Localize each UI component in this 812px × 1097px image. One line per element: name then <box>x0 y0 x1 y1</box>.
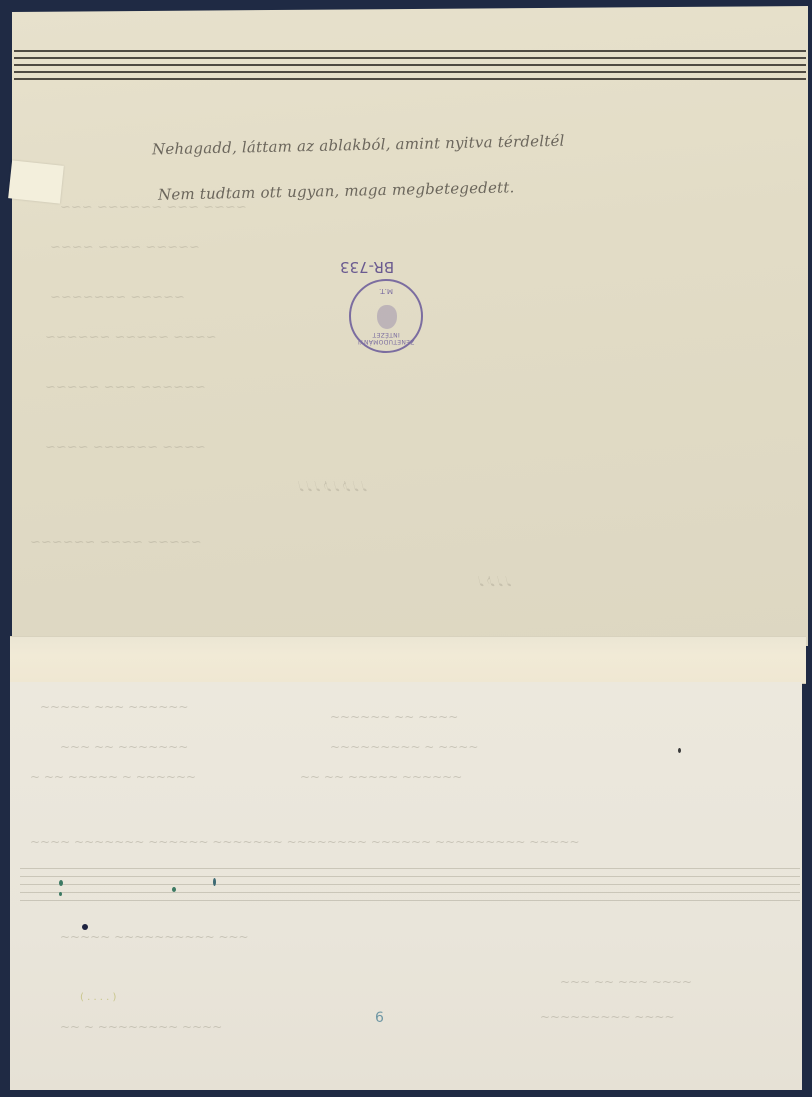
ink-dot <box>59 880 63 886</box>
bleed-through-text: ~~~~~ ~~~~ ~~~~~~ <box>30 535 202 550</box>
staff-line <box>14 57 806 59</box>
bleed-through-text: ~~~~ ~~~~~ ~~~~~~ <box>45 330 217 345</box>
embossed-text: ~~ ~~ ~~~~~ ~~~~~~ <box>300 770 462 784</box>
embossed-text: ~~ ~ ~~~~~~~~ ~~~~ <box>60 1020 222 1034</box>
staff-line <box>20 876 800 877</box>
embossed-text: ~~~ ~~ ~~~ ~~~~ <box>560 975 692 989</box>
staff-line <box>20 868 800 869</box>
bleed-through-text: ~~~~~ ~~~~ ~~~~ <box>50 240 200 255</box>
ink-dot <box>82 924 88 930</box>
page-number: 6 <box>375 1010 384 1026</box>
staff-line <box>14 64 806 66</box>
staff-line <box>20 892 800 893</box>
embossed-text: ~~~~~~~~~ ~ ~~~~ <box>330 740 478 754</box>
staff-line <box>14 50 806 52</box>
bleed-through-music: 𝅘𝅥 𝅘𝅥 𝅘𝅥𝅮 𝅘𝅥 𝅘𝅥𝅮 𝅘𝅥 𝅘𝅥 𝅘𝅥 <box>300 480 367 495</box>
embossed-text: ~~~ ~~ ~~~~~~~ <box>60 740 188 754</box>
bleed-through-text: ~~~~ ~~~~~~ ~~~~ <box>45 440 206 455</box>
embossed-text: ~~~~~ ~~~ ~~~~~~ <box>40 700 188 714</box>
staff-line <box>14 78 806 80</box>
embossed-text: ~ ~~ ~~~~~ ~ ~~~~~~ <box>30 770 196 784</box>
ink-dot <box>59 892 62 896</box>
coat-of-arms-icon <box>377 305 397 329</box>
ink-dot <box>678 748 681 753</box>
music-staff <box>14 50 806 82</box>
embossed-text: ~~~~~~ ~~ ~~~~ <box>330 710 458 724</box>
library-stamp: ZENETUDOMÁNYI INTÉZET M.T. <box>349 279 423 353</box>
pencil-note: ( . . . . ) <box>80 992 116 1003</box>
ink-dot <box>213 878 216 886</box>
bleed-through-music: 𝅘𝅥 𝅘𝅥 𝅘𝅥𝅮 𝅘𝅥 <box>480 575 512 590</box>
tape-fragment <box>8 160 64 203</box>
bleed-through-text: ~~~~~~ ~~~ ~~~~~ <box>45 380 206 395</box>
staff-line <box>20 884 800 885</box>
bleed-through-text: ~~~~~ ~~~~~~~ <box>50 290 185 305</box>
paper-fold <box>10 636 806 684</box>
bleed-through-text: ~~~~ ~~~ ~~~~~~ ~~~ <box>60 200 247 215</box>
embossed-text: ~~~~ ~~~~~~~ ~~~~~~ ~~~~~~~ ~~~~~~~~ ~~~… <box>30 835 580 849</box>
embossed-text: ~~~~~~~~~ ~~~~ <box>540 1010 675 1024</box>
staff-line <box>14 71 806 73</box>
ink-dot <box>172 887 176 892</box>
staff-line <box>20 900 800 901</box>
embossed-staff <box>20 868 800 904</box>
shelfmark: BR-733 <box>340 258 394 276</box>
embossed-text: ~~~~~ ~~~~~~~~~~ ~~~ <box>60 930 249 944</box>
stamp-bottom-text: M.T. <box>351 287 421 295</box>
stamp-text: ZENETUDOMÁNYI INTÉZET <box>351 331 421 345</box>
